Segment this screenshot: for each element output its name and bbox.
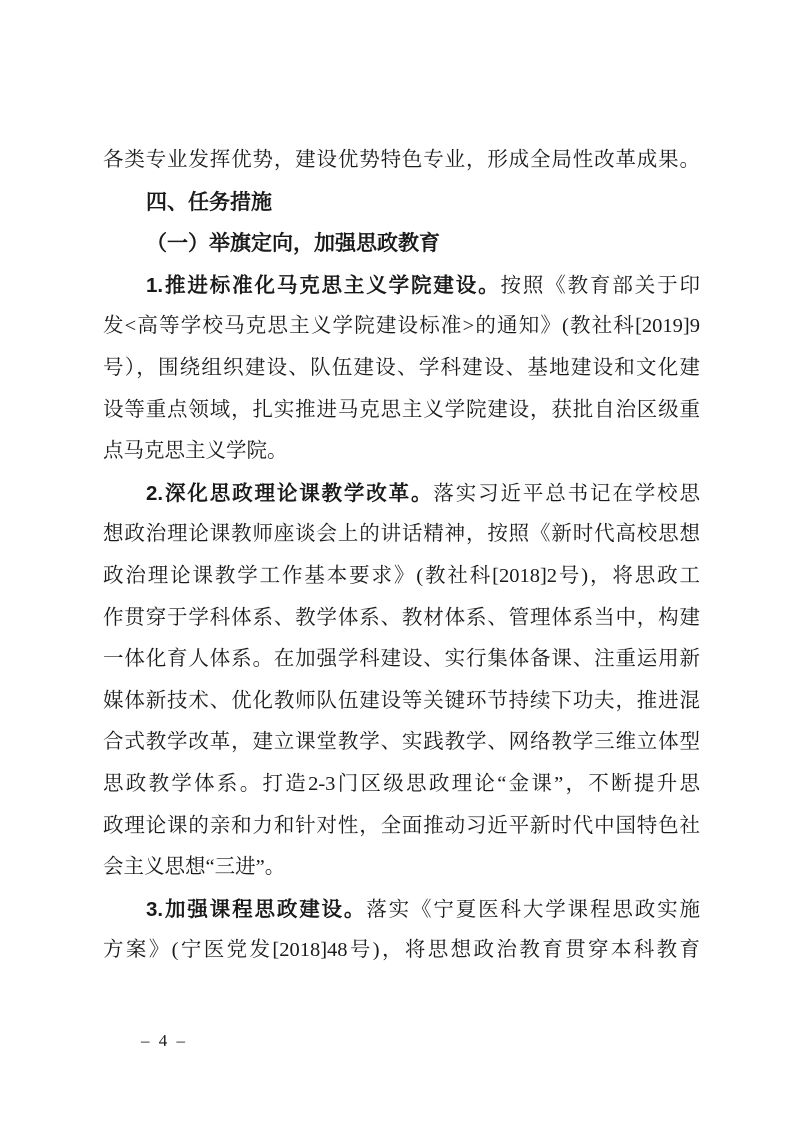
line-text: 会主义思想“三进”。 bbox=[103, 856, 285, 878]
text-line: 四、任务措施 bbox=[103, 182, 700, 224]
text-line: （一）举旗定向，加强思政教育 bbox=[103, 223, 700, 265]
text-line: 发<高等学校马克思主义学院建设标准>的通知》(教社科[2019]9 bbox=[103, 306, 700, 348]
line-text: 按照《教育部关于印 bbox=[501, 275, 700, 297]
text-line: 1.推进标准化马克思主义学院建设。按照《教育部关于印 bbox=[103, 265, 700, 307]
text-line: 政治理论课教学工作基本要求》(教社科[2018]2号)，将思政工 bbox=[103, 556, 700, 598]
line-text: （一）举旗定向，加强思政教育 bbox=[146, 232, 440, 255]
line-text: 点马克思主义学院。 bbox=[103, 440, 288, 462]
line-text: 政理论课的亲和力和针对性，全面推动习近平新时代中国特色社 bbox=[103, 815, 700, 837]
line-text: 设等重点领域，扎实推进马克思主义学院建设，获批自治区级重 bbox=[103, 399, 700, 421]
text-line: 一体化育人体系。在加强学科建设、实行集体备课、注重运用新 bbox=[103, 639, 700, 681]
line-text: 一体化育人体系。在加强学科建设、实行集体备课、注重运用新 bbox=[103, 648, 700, 670]
line-text: 作贯穿于学科体系、教学体系、教材体系、管理体系当中，构建 bbox=[103, 607, 700, 629]
text-line: 思政教学体系。打造2-3门区级思政理论“金课”，不断提升思 bbox=[103, 764, 700, 806]
text-line: 媒体新技术、优化教师队伍建设等关键环节持续下功夫，推进混 bbox=[103, 681, 700, 723]
line-text: 发<高等学校马克思主义学院建设标准>的通知》(教社科[2019]9 bbox=[103, 315, 700, 337]
text-line: 想政治理论课教师座谈会上的讲话精神，按照《新时代高校思想 bbox=[103, 514, 700, 556]
line-text: 落实习近平总书记在学校思 bbox=[433, 483, 700, 505]
text-line: 2.深化思政理论课教学改革。落实习近平总书记在学校思 bbox=[103, 473, 700, 515]
line-text: 想政治理论课教师座谈会上的讲话精神，按照《新时代高校思想 bbox=[103, 523, 700, 545]
line-text: 媒体新技术、优化教师队伍建设等关键环节持续下功夫，推进混 bbox=[103, 690, 700, 712]
text-line: 3.加强课程思政建设。落实《宁夏医科大学课程思政实施 bbox=[103, 889, 700, 931]
text-line: 会主义思想“三进”。 bbox=[103, 847, 700, 889]
line-text: 思政教学体系。打造2-3门区级思政理论“金课”，不断提升思 bbox=[103, 773, 700, 795]
line-text: 落实《宁夏医科大学课程思政实施 bbox=[366, 899, 700, 921]
line-text: 方案》(宁医党发[2018]48号)，将思想政治教育贯穿本科教育 bbox=[103, 939, 700, 961]
line-text: 各类专业发挥优势，建设优势特色专业，形成全局性改革成果。 bbox=[103, 149, 700, 171]
text-line: 方案》(宁医党发[2018]48号)，将思想政治教育贯穿本科教育 bbox=[103, 930, 700, 972]
document-body: 各类专业发挥优势，建设优势特色专业，形成全局性改革成果。四、任务措施（一）举旗定… bbox=[103, 140, 700, 972]
paragraph-lead: 1.推进标准化马克思主义学院建设。 bbox=[146, 274, 501, 297]
line-text: 号），围绕组织建设、队伍建设、学科建设、基地建设和文化建 bbox=[103, 357, 700, 379]
text-line: 政理论课的亲和力和针对性，全面推动习近平新时代中国特色社 bbox=[103, 806, 700, 848]
text-line: 号），围绕组织建设、队伍建设、学科建设、基地建设和文化建 bbox=[103, 348, 700, 390]
paragraph-lead: 2.深化思政理论课教学改革。 bbox=[146, 482, 433, 505]
line-text: 政治理论课教学工作基本要求》(教社科[2018]2号)，将思政工 bbox=[103, 565, 700, 587]
text-line: 设等重点领域，扎实推进马克思主义学院建设，获批自治区级重 bbox=[103, 390, 700, 432]
document-page: 各类专业发挥优势，建设优势特色专业，形成全局性改革成果。四、任务措施（一）举旗定… bbox=[0, 0, 793, 1122]
page-number: – 4 – bbox=[141, 1029, 188, 1053]
text-line: 各类专业发挥优势，建设优势特色专业，形成全局性改革成果。 bbox=[103, 140, 700, 182]
paragraph-lead: 3.加强课程思政建设。 bbox=[146, 898, 366, 921]
line-text: 四、任务措施 bbox=[146, 191, 272, 214]
text-line: 点马克思主义学院。 bbox=[103, 431, 700, 473]
text-line: 合式教学改革，建立课堂教学、实践教学、网络教学三维立体型 bbox=[103, 722, 700, 764]
text-line: 作贯穿于学科体系、教学体系、教材体系、管理体系当中，构建 bbox=[103, 598, 700, 640]
line-text: 合式教学改革，建立课堂教学、实践教学、网络教学三维立体型 bbox=[103, 731, 700, 753]
